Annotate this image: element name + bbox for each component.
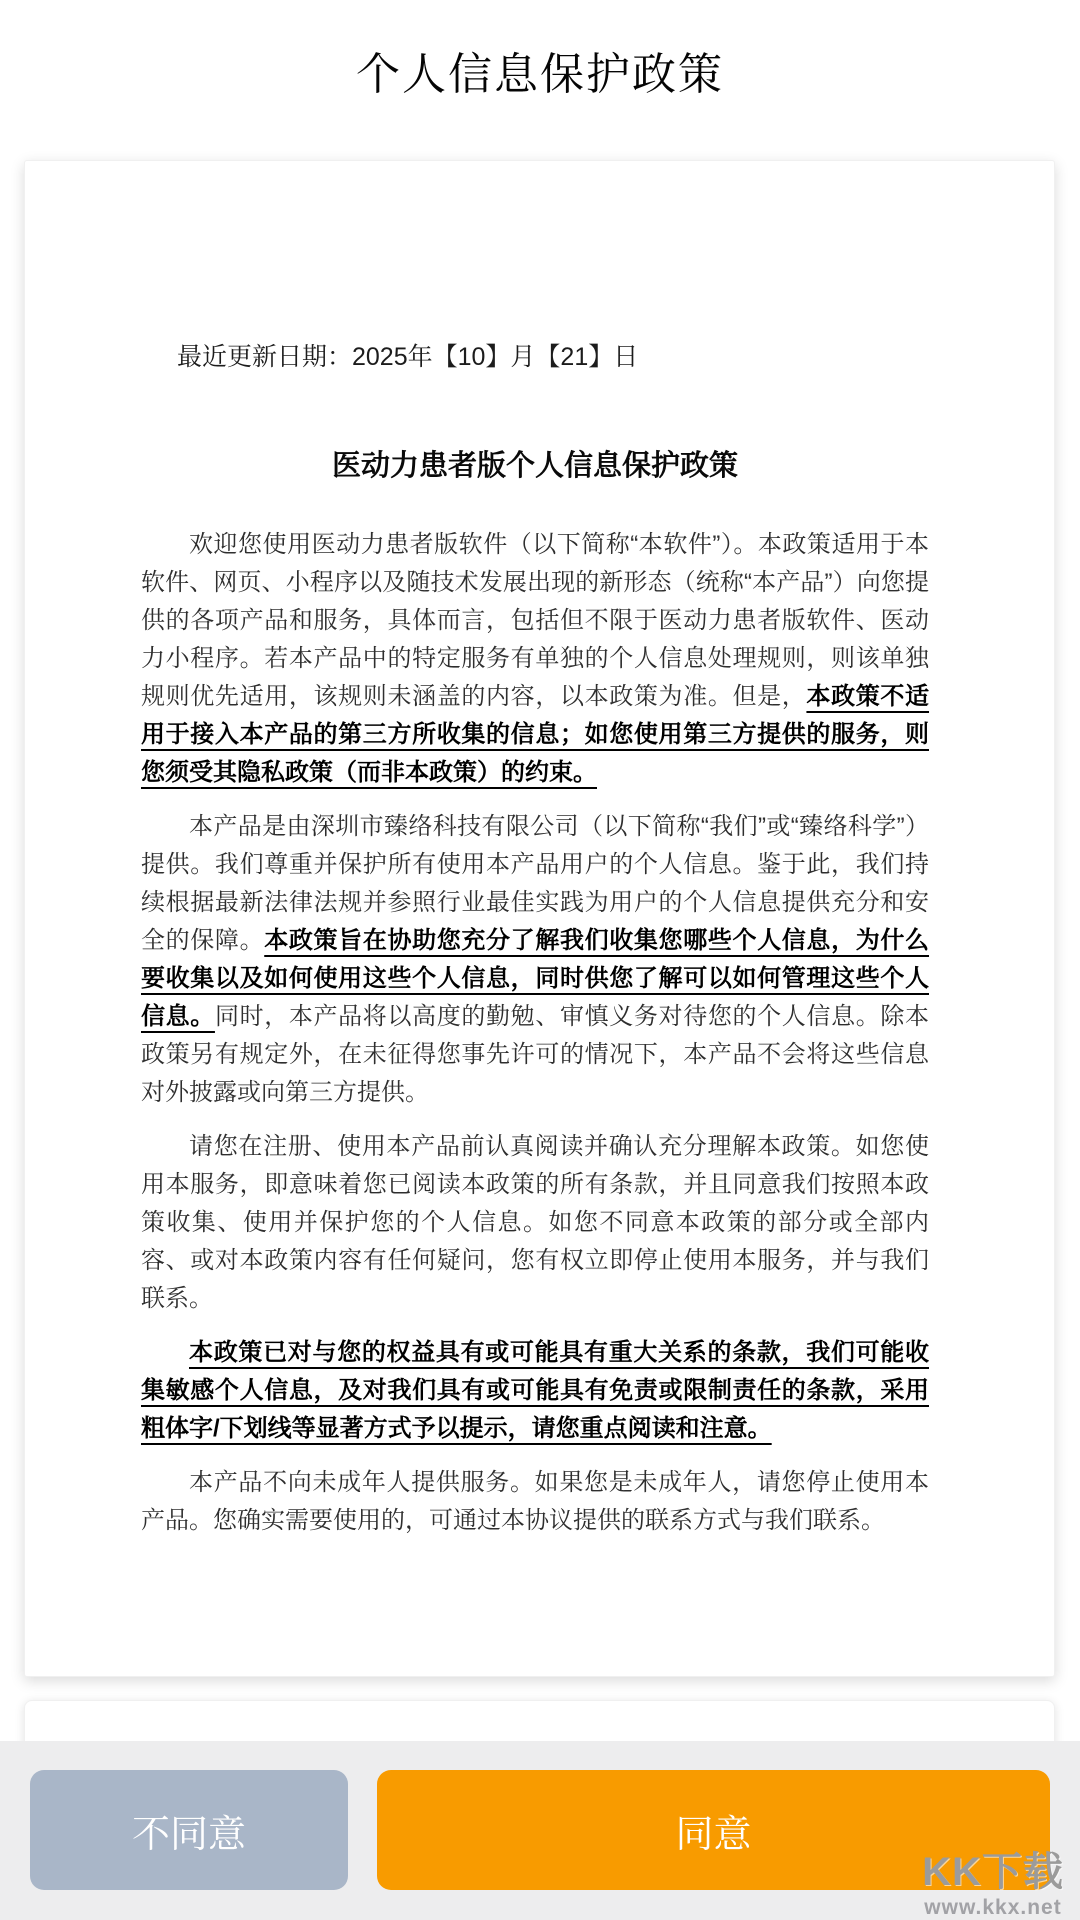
policy-paragraph: 本政策已对与您的权益具有或可能具有重大关系的条款，我们可能收集敏感个人信息，及对… — [141, 1334, 929, 1448]
policy-card-content: 最近更新日期：2025年【10】月【21】日 医动力患者版个人信息保护政策 欢迎… — [25, 161, 1054, 1540]
policy-card[interactable]: 最近更新日期：2025年【10】月【21】日 医动力患者版个人信息保护政策 欢迎… — [24, 160, 1055, 1677]
page-title: 个人信息保护政策 — [0, 38, 1080, 102]
policy-paragraph: 本产品不向未成年人提供服务。如果您是未成年人，请您停止使用本产品。您确实需要使用… — [141, 1464, 929, 1540]
consent-button-bar: 不同意 同意 — [0, 1741, 1080, 1920]
policy-paragraphs: 欢迎您使用医动力患者版软件（以下简称“本软件”）。本政策适用于本软件、网页、小程… — [141, 526, 929, 1540]
disagree-button[interactable]: 不同意 — [30, 1770, 348, 1890]
policy-paragraph: 请您在注册、使用本产品前认真阅读并确认充分理解本政策。如您使用本服务，即意味着您… — [141, 1128, 929, 1318]
policy-paragraph: 欢迎您使用医动力患者版软件（以下简称“本软件”）。本政策适用于本软件、网页、小程… — [141, 526, 929, 792]
policy-paragraph: 本产品是由深圳市臻络科技有限公司（以下简称“我们”或“臻络科学”）提供。我们尊重… — [141, 808, 929, 1112]
updated-date: 最近更新日期：2025年【10】月【21】日 — [177, 337, 929, 373]
agree-button[interactable]: 同意 — [377, 1770, 1050, 1890]
policy-heading: 医动力患者版个人信息保护政策 — [141, 443, 929, 484]
